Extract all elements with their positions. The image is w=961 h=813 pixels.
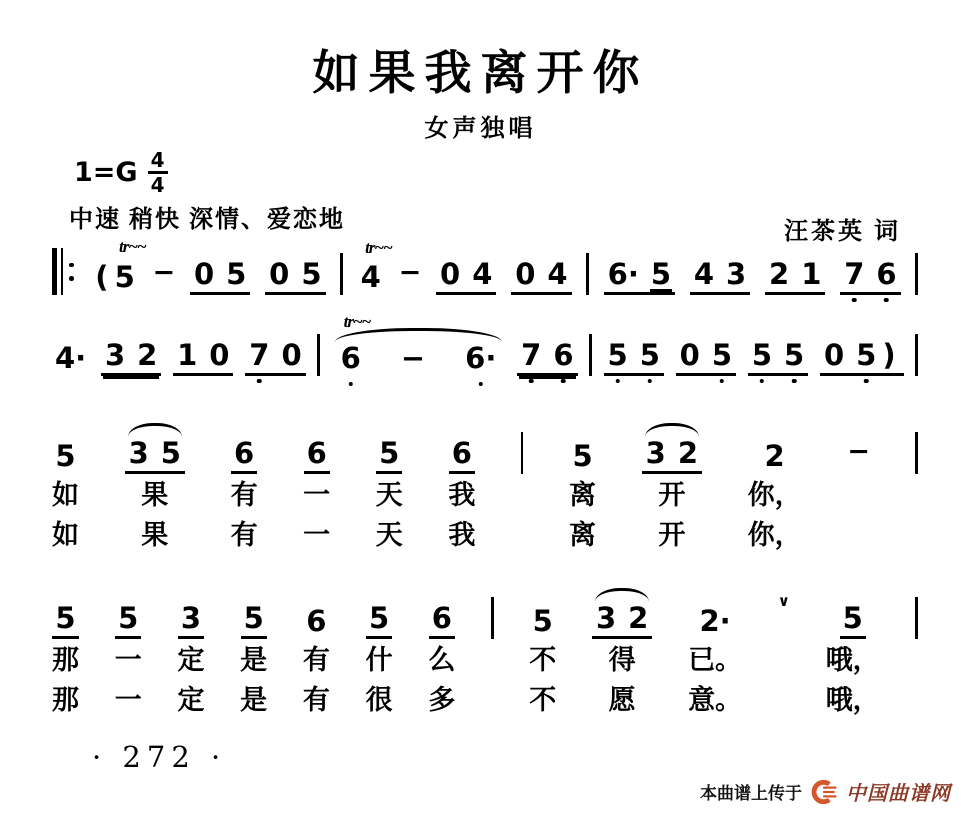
lyric-line1: 什 <box>366 639 393 679</box>
note-group: 43 <box>690 260 750 295</box>
tempo-expression-marking: 中速 稍快 深情、爱恋地 <box>69 199 345 234</box>
song-title: 如果我离开你 <box>0 36 961 103</box>
note-digit: 5 <box>783 341 805 370</box>
note-digit: 5 <box>855 341 877 370</box>
lyric-line1: 已。 <box>688 639 742 679</box>
note-group: 70 <box>245 341 305 376</box>
lyric-line2: 有 <box>303 679 330 719</box>
note: 5 <box>783 341 805 370</box>
note-area: 5 <box>115 591 141 639</box>
lyric-line2: 不 <box>529 679 556 719</box>
note-area: 5 <box>241 591 267 639</box>
note-group: 32 <box>642 439 702 474</box>
lyric-line1: 得 <box>609 639 636 679</box>
note-digit: 5 <box>650 260 672 289</box>
note-digit: 2 <box>136 341 158 370</box>
duration-dash: − <box>847 438 870 474</box>
note-group: 05 <box>676 341 736 376</box>
lyric-line2: 是 <box>240 679 267 719</box>
note-digit: 5 <box>571 442 593 471</box>
lyric-line2: 那 <box>52 679 79 719</box>
note: 5 <box>571 442 593 471</box>
score-column: 32得愿 <box>592 591 652 719</box>
barline <box>915 597 918 639</box>
low-octave-dot <box>792 379 797 384</box>
low-octave-dot <box>648 379 653 384</box>
note-area: 6 <box>303 591 329 639</box>
repeat-start-sign <box>52 248 74 295</box>
note-digit: 5 <box>368 604 390 633</box>
score-column: 5什很 <box>366 591 393 719</box>
note: (5 <box>90 262 135 292</box>
note: 0 <box>439 260 461 289</box>
note-area: 5 <box>530 591 556 639</box>
note-digit: 2 <box>764 442 786 471</box>
lyric-line1: 哦， <box>826 639 880 679</box>
lyric-line1: 定 <box>177 639 204 679</box>
lyric-line2: 果 <box>141 514 168 554</box>
note-area: 6 <box>449 426 475 474</box>
note-digit: 6 <box>340 344 362 373</box>
lyric-line2: 我 <box>448 514 475 554</box>
note: 5 <box>243 604 265 633</box>
lyricist-credit: 汪茶英 词 <box>784 211 901 246</box>
score-column <box>491 591 494 719</box>
note-digit: 3 <box>645 439 667 468</box>
note: 6· <box>464 344 497 373</box>
note: 5 <box>751 341 773 370</box>
note-digit: 6 <box>233 439 255 468</box>
barline <box>915 253 918 295</box>
note: 2 <box>627 604 649 633</box>
note-cell: 6 <box>429 604 455 639</box>
lyric-line2: 很 <box>366 679 393 719</box>
lyric-line1: 有 <box>303 639 330 679</box>
score-column: 2·已。意。 <box>688 591 742 719</box>
close-paren: ) <box>882 340 895 370</box>
note-digit: 6 <box>431 604 453 633</box>
lyric-line2: 如 <box>52 514 79 554</box>
note-group: 76 <box>840 260 900 295</box>
note-area: 32 <box>592 591 652 639</box>
note-group: 05 <box>190 260 250 295</box>
note: 5 <box>842 604 864 633</box>
note: 6 <box>340 344 362 373</box>
note-area: 2 <box>762 426 788 474</box>
watermark-footer: 本曲谱上传于 中国曲谱网 <box>700 777 951 806</box>
note-cell: 3 <box>178 604 204 639</box>
open-paren: ( <box>95 262 108 292</box>
duration-dash: − <box>399 259 422 295</box>
note-digit: 5 <box>607 341 629 370</box>
note-area: 5 <box>52 426 78 474</box>
note-cell: 5 <box>569 442 595 474</box>
low-octave-dot <box>257 379 262 384</box>
note-digit: 6 <box>552 341 574 370</box>
note-digit: 5 <box>54 442 76 471</box>
low-octave-dot <box>349 382 354 387</box>
note: 0 <box>208 341 230 370</box>
performance-type-subtitle: 女声独唱 <box>0 108 961 143</box>
key-signature: 1=G 4 4 <box>74 149 168 196</box>
score-column: − <box>847 426 870 554</box>
low-octave-dot <box>884 298 889 303</box>
note-digit: − <box>400 344 426 373</box>
note-area <box>915 426 918 474</box>
note-digit: 0 <box>679 341 701 370</box>
note-area: 5 <box>840 591 866 639</box>
note-digit: 6· <box>607 260 640 289</box>
note: 6 <box>306 439 328 468</box>
note: 5 <box>711 341 733 370</box>
note: 6· <box>607 260 640 289</box>
note: 2 <box>136 341 158 370</box>
lyric-line1: 那 <box>52 639 79 679</box>
note-area: ∨ <box>778 591 790 639</box>
note: 1 <box>176 341 198 370</box>
note: 7 <box>520 341 542 370</box>
lyric-line2: 意。 <box>688 679 742 719</box>
score-column: 5如如 <box>52 426 79 554</box>
note: 2· <box>698 607 731 636</box>
note: 5 <box>368 604 390 633</box>
sheet-music-page: 如果我离开你 女声独唱 1=G 4 4 中速 稍快 深情、爱恋地 汪茶英 词 t… <box>0 0 961 813</box>
slur-arc <box>128 423 182 437</box>
low-octave-dot <box>760 379 765 384</box>
note-cell: tr~~4 <box>358 263 384 295</box>
time-signature-denominator: 4 <box>151 174 165 196</box>
lyric-line2: 哦， <box>826 679 880 719</box>
note-digit: 4 <box>546 260 568 289</box>
note: 4· <box>54 344 87 373</box>
note: 6 <box>233 439 255 468</box>
note-group: 04 <box>511 260 571 295</box>
lyric-line2: 离 <box>569 514 596 554</box>
note: 5 <box>54 442 76 471</box>
note-cell: 6 <box>231 439 257 474</box>
score-column <box>915 426 918 554</box>
note: 0 <box>514 260 536 289</box>
lyric-line2: 天 <box>376 514 403 554</box>
note: 5 <box>532 607 554 636</box>
note-area: 5 <box>376 426 402 474</box>
note-digit: 5 <box>711 341 733 370</box>
note: 6 <box>552 341 574 370</box>
lyric-line1: 一 <box>303 474 330 514</box>
note: 6 <box>875 260 897 289</box>
barline <box>521 432 524 474</box>
note-cell: 5 <box>52 442 78 474</box>
note: − <box>400 344 426 373</box>
note-area: 35 <box>125 426 185 474</box>
note-digit: 3 <box>180 604 202 633</box>
note-digit: 3 <box>595 604 617 633</box>
note-group: 32 <box>101 341 161 376</box>
barline <box>915 334 918 376</box>
score-column: 35果果 <box>125 426 185 554</box>
note: 3 <box>595 604 617 633</box>
barline <box>340 253 343 295</box>
note: 1 <box>800 260 822 289</box>
note: 4 <box>693 260 715 289</box>
lyric-line2: 定 <box>177 679 204 719</box>
lyric-line1: 我 <box>448 474 475 514</box>
note-area: 6 <box>304 426 330 474</box>
score-column <box>521 426 524 554</box>
note-digit: 3 <box>104 341 126 370</box>
low-octave-dot <box>479 382 484 387</box>
trill-mark: tr~~ <box>365 238 392 258</box>
note-digit: 6 <box>305 607 327 636</box>
note-cell: 2 <box>762 442 788 474</box>
note: 2 <box>768 260 790 289</box>
note-cell: tr~~(5 <box>88 262 137 295</box>
site-name-text: 中国曲谱网 <box>846 777 951 806</box>
note: 5 <box>378 439 400 468</box>
lyric-line1: 如 <box>52 474 79 514</box>
note: 4 <box>360 263 382 292</box>
note-digit: 0 <box>823 341 845 370</box>
note-cell: 4· <box>52 344 89 376</box>
note-digit: 7 <box>248 341 270 370</box>
note: 5 <box>639 341 661 370</box>
note-digit: 4 <box>693 260 715 289</box>
note-digit: 2 <box>627 604 649 633</box>
lyric-line1: 果 <box>141 474 168 514</box>
note-digit: 5 <box>114 263 136 292</box>
barline <box>915 432 918 474</box>
note-area: 2· <box>696 591 733 639</box>
lyric-line2: 多 <box>428 679 455 719</box>
note-group: 05) <box>820 340 904 376</box>
note-cell: 5 <box>115 604 141 639</box>
note-digit: 0 <box>268 260 290 289</box>
lyric-line1: 离 <box>569 474 596 514</box>
score-column: 6有有 <box>231 426 258 554</box>
page-number: · 272 · <box>92 740 226 774</box>
music-line: 5如如35果果6有有6一一5天天6我我5离离32开开2你，你，− <box>52 426 918 554</box>
note-group: 21 <box>765 260 825 295</box>
note-digit: 5 <box>243 604 265 633</box>
note-group: 32 <box>592 604 652 639</box>
note-digit: 0 <box>193 260 215 289</box>
note-cell: 5 <box>52 604 78 639</box>
score-column: 2你，你， <box>748 426 802 554</box>
note-digit: 0 <box>208 341 230 370</box>
score-column: 5那那 <box>52 591 79 719</box>
score-column: 6有有 <box>303 591 330 719</box>
barline <box>586 253 589 295</box>
note-digit: 3 <box>128 439 150 468</box>
breath-mark: ∨ <box>778 594 790 609</box>
note: 6 <box>431 604 453 633</box>
note: 4 <box>546 260 568 289</box>
note-area: 32 <box>642 426 702 474</box>
note-area: 6 <box>231 426 257 474</box>
slur-arc <box>595 588 649 602</box>
note-group: 6·5 <box>604 260 675 295</box>
note-digit: 5 <box>751 341 773 370</box>
trill-mark: tr~~ <box>119 237 146 257</box>
note-group: tr~~6−6· <box>332 344 506 376</box>
note-group: 05 <box>265 260 325 295</box>
note: 0 <box>679 341 701 370</box>
note: 3 <box>725 260 747 289</box>
score-column: 5一一 <box>115 591 142 719</box>
note: 7 <box>248 341 270 370</box>
note-area: 6 <box>429 591 455 639</box>
note-digit: 0 <box>280 341 302 370</box>
note: 5 <box>300 260 322 289</box>
score-column: 5离离 <box>569 426 596 554</box>
time-signature-numerator: 4 <box>148 149 168 174</box>
note-group: 04 <box>436 260 496 295</box>
note-digit: 6 <box>451 439 473 468</box>
note-digit: 6· <box>464 344 497 373</box>
time-signature: 4 4 <box>148 149 168 196</box>
score-column <box>915 591 918 719</box>
upload-note-text: 本曲谱上传于 <box>700 779 802 804</box>
low-octave-dot <box>864 379 869 384</box>
note-digit: 5 <box>117 604 139 633</box>
note-cell: 5 <box>366 604 392 639</box>
note-area: 5 <box>52 591 78 639</box>
lyric-line1: 有 <box>231 474 258 514</box>
note-cell: 5 <box>241 604 267 639</box>
note: 0 <box>823 341 845 370</box>
note-area <box>521 426 524 474</box>
lyric-line1: 一 <box>115 639 142 679</box>
note-digit: 3 <box>725 260 747 289</box>
note: 0 <box>193 260 215 289</box>
note: 5 <box>650 260 672 289</box>
note: 0 <box>268 260 290 289</box>
low-octave-dot <box>561 379 566 384</box>
lyric-line2: 愿 <box>609 679 636 719</box>
note-digit: 6 <box>306 439 328 468</box>
barline <box>317 334 320 376</box>
note-cell: 5 <box>840 604 866 639</box>
note-digit: 1 <box>176 341 198 370</box>
note-digit: 2 <box>677 439 699 468</box>
lyric-line2: 有 <box>231 514 258 554</box>
lyric-line1: 是 <box>240 639 267 679</box>
note-digit: 7 <box>520 341 542 370</box>
qupu-site-logo-icon <box>809 780 839 804</box>
note-cell: 5 <box>530 607 556 639</box>
note: 5 <box>225 260 247 289</box>
note-area: 3 <box>178 591 204 639</box>
score-column: 6一一 <box>303 426 330 554</box>
note-digit: 5 <box>160 439 182 468</box>
note-digit: 5 <box>532 607 554 636</box>
lyric-line2: 开 <box>658 514 685 554</box>
note-digit: 6 <box>875 260 897 289</box>
note-group: 35 <box>125 439 185 474</box>
note-cell: 5 <box>376 439 402 474</box>
note: 3 <box>180 604 202 633</box>
note-digit: 0 <box>514 260 536 289</box>
note-cell: 6 <box>303 607 329 639</box>
score-column: 5不不 <box>529 591 556 719</box>
music-line: tr~~(5−0505tr~~4−04046·5432176 <box>52 248 918 295</box>
barline <box>491 597 494 639</box>
note-area <box>915 591 918 639</box>
note-area: 5 <box>569 426 595 474</box>
note: 3 <box>104 341 126 370</box>
note: 2 <box>677 439 699 468</box>
note: 2 <box>764 442 786 471</box>
score-column: 32开开 <box>642 426 702 554</box>
note-area <box>491 591 494 639</box>
note-digit: 5 <box>842 604 864 633</box>
note: 4 <box>471 260 493 289</box>
note-digit: 5 <box>300 260 322 289</box>
low-octave-dot <box>615 379 620 384</box>
note: 5 <box>117 604 139 633</box>
trill-mark: tr~~ <box>344 312 371 332</box>
note-group: 55 <box>748 341 808 376</box>
note-group: 76 <box>517 341 577 376</box>
lyric-line1: 么 <box>428 639 455 679</box>
note: 3 <box>128 439 150 468</box>
note-digit: 5 <box>639 341 661 370</box>
note-digit: 5 <box>378 439 400 468</box>
lyric-line1: 开 <box>658 474 685 514</box>
slur-arc <box>645 423 699 437</box>
key-label: 1=G <box>74 157 138 188</box>
low-octave-dot <box>529 379 534 384</box>
lyric-line2: 你， <box>748 514 802 554</box>
note-cell: 6 <box>449 439 475 474</box>
note-digit: 5 <box>54 604 76 633</box>
note-area: − <box>847 426 870 474</box>
note: 0 <box>280 341 302 370</box>
score-column: 5哦，哦， <box>826 591 880 719</box>
barline <box>589 334 592 376</box>
lyric-line1: 不 <box>529 639 556 679</box>
low-octave-dot <box>852 298 857 303</box>
score-column: 6么多 <box>428 591 455 719</box>
note: 6 <box>451 439 473 468</box>
score-column: 5天天 <box>376 426 403 554</box>
lyric-line2: 一 <box>115 679 142 719</box>
note-area: 5 <box>366 591 392 639</box>
note: 5 <box>54 604 76 633</box>
note-digit: 0 <box>439 260 461 289</box>
note: 5 <box>607 341 629 370</box>
note-digit: 2· <box>698 607 731 636</box>
music-line: 5那那5一一3定定5是是6有有5什很6么多5不不32得愿2·已。意。∨5哦，哦， <box>52 591 918 719</box>
note-digit: 1 <box>800 260 822 289</box>
note: 3 <box>645 439 667 468</box>
music-line: 4·321070tr~~6−6·7655055505) <box>52 334 918 376</box>
note-digit: 5 <box>225 260 247 289</box>
note-cell: 2· <box>696 607 733 639</box>
lyric-line1: 天 <box>376 474 403 514</box>
low-octave-dot <box>720 379 725 384</box>
duration-dash: − <box>153 259 176 295</box>
lyric-line1: 你， <box>748 474 802 514</box>
lyric-line2: 一 <box>303 514 330 554</box>
note-digit: 4 <box>360 263 382 292</box>
score-column: 5是是 <box>240 591 267 719</box>
note: 5) <box>855 340 900 370</box>
note-digit: 2 <box>768 260 790 289</box>
note: 6 <box>305 607 327 636</box>
note: 7 <box>843 260 865 289</box>
score-column: 6我我 <box>448 426 475 554</box>
